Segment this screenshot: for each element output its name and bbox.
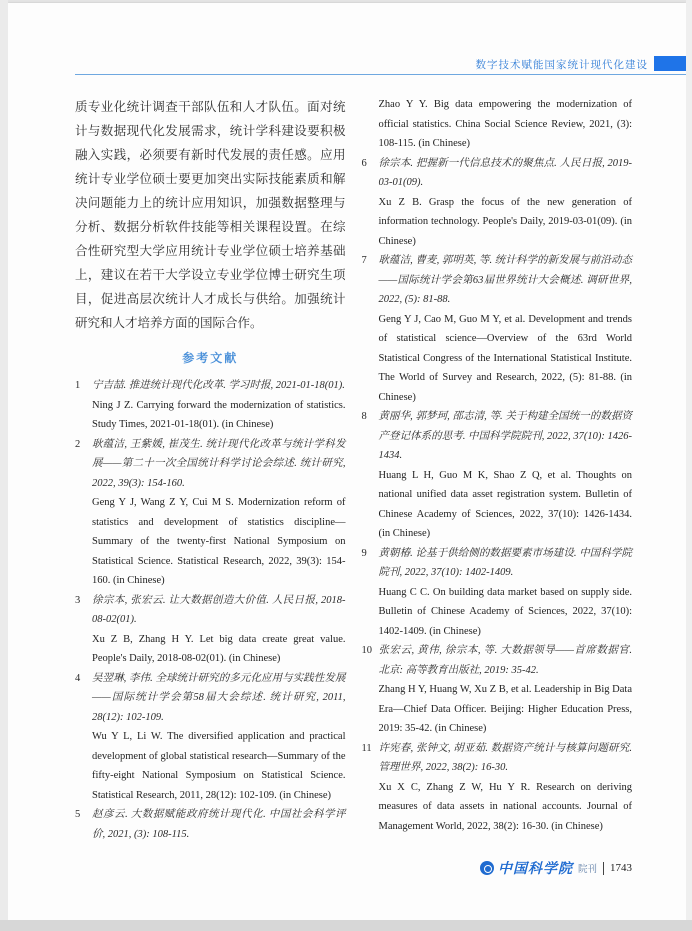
journal-suffix: 院刊 xyxy=(578,861,597,875)
header-rule xyxy=(75,74,686,75)
reference-text-zh: 徐宗本, 张宏云. 让大数据创造大价值. 人民日报, 2018-08-02(01… xyxy=(92,591,346,630)
reference-number: 2 xyxy=(75,435,92,591)
reference-number: 3 xyxy=(75,591,92,669)
reference-text-zh: 宁吉喆. 推进统计现代化改革. 学习时报, 2021-01-18(01). xyxy=(92,376,346,396)
reference-text-en: Huang C C. On building data market based… xyxy=(379,583,633,642)
references-heading: 参考文献 xyxy=(75,349,346,366)
scan-edge-bottom xyxy=(0,920,692,931)
reference-number: 9 xyxy=(362,544,379,642)
journal-name: 中国科学院 xyxy=(498,858,573,878)
reference-text-en: Xu Z B. Grasp the focus of the new gener… xyxy=(379,193,633,252)
reference-number: 7 xyxy=(362,251,379,407)
reference-item: 3 徐宗本, 张宏云. 让大数据创造大价值. 人民日报, 2018-08-02(… xyxy=(75,591,346,669)
reference-item: 9 黄朝椿. 论基于供给侧的数据要素市场建设. 中国科学院院刊, 2022, 3… xyxy=(362,544,633,642)
reference-text-en: Xu Z B, Zhang H Y. Let big data create g… xyxy=(92,630,346,669)
reference-text-zh: 黄丽华, 郭梦珂, 邵志清, 等. 关于构建全国统一的数据资产登记体系的思考. … xyxy=(379,407,633,466)
reference-item: 7 耿蕴洁, 曹麦, 郭明英, 等. 统计科学的新发展与前沿动态——国际统计学会… xyxy=(362,251,633,407)
reference-text-en: Ning J Z. Carrying forward the moderniza… xyxy=(92,396,346,435)
document-page: 数字技术赋能国家统计现代化建设 质专业化统计调查干部队伍和人才队伍。面对统计与数… xyxy=(8,3,686,920)
scan-edge-right xyxy=(686,0,692,931)
reference-number: 11 xyxy=(362,739,379,837)
reference-item: 10 张宏云, 黄伟, 徐宗本, 等. 大数据领导——首席数据官. 北京: 高等… xyxy=(362,641,633,739)
cas-emblem-icon xyxy=(480,861,494,875)
reference-number: 5 xyxy=(75,805,92,844)
page-number: 1743 xyxy=(610,862,632,874)
reference-item: 2 耿蕴洁, 王紫媛, 崔茂生. 统计现代化改革与统计学科发展——第二十一次全国… xyxy=(75,435,346,591)
reference-text-zh: 赵彦云. 大数据赋能政府统计现代化. 中国社会科学评价, 2021, (3): … xyxy=(92,805,346,844)
page-body: 质专业化统计调查干部队伍和人才队伍。面对统计与数据现代化发展需求，统计学科建设要… xyxy=(75,95,632,844)
reference-number: 4 xyxy=(75,669,92,806)
reference-text-zh: 张宏云, 黄伟, 徐宗本, 等. 大数据领导——首席数据官. 北京: 高等教育出… xyxy=(379,641,633,680)
reference-number: 8 xyxy=(362,407,379,544)
left-column: 质专业化统计调查干部队伍和人才队伍。面对统计与数据现代化发展需求，统计学科建设要… xyxy=(75,95,346,844)
reference-text-zh: 吴翌琳, 李伟. 全球统计研究的多元化应用与实践性发展——国际统计学会第58届大… xyxy=(92,669,346,728)
page-footer: 中国科学院 院刊 1743 xyxy=(480,858,632,878)
reference-text-zh: 黄朝椿. 论基于供给侧的数据要素市场建设. 中国科学院院刊, 2022, 37(… xyxy=(379,544,633,583)
reference-text-en: Wu Y L, Li W. The diversified applicatio… xyxy=(92,727,346,805)
reference-text-en: Zhang H Y, Huang W, Xu Z B, et al. Leade… xyxy=(379,680,633,739)
reference-item: 5 赵彦云. 大数据赋能政府统计现代化. 中国社会科学评价, 2021, (3)… xyxy=(75,805,346,844)
reference-text-zh: 许宪春, 张钟文, 胡亚茹. 数据资产统计与核算问题研究. 管理世界, 2022… xyxy=(379,739,633,778)
reference-item: 11 许宪春, 张钟文, 胡亚茹. 数据资产统计与核算问题研究. 管理世界, 2… xyxy=(362,739,633,837)
scan-edge-left xyxy=(0,0,8,931)
reference-continuation-en: Zhao Y Y. Big data empowering the modern… xyxy=(379,95,633,154)
reference-number: 6 xyxy=(362,154,379,252)
reference-text-en: Geng Y J, Cao M, Guo M Y, et al. Develop… xyxy=(379,310,633,408)
right-column: Zhao Y Y. Big data empowering the modern… xyxy=(362,95,633,844)
conclusion-paragraph: 质专业化统计调查干部队伍和人才队伍。面对统计与数据现代化发展需求，统计学科建设要… xyxy=(75,95,346,335)
footer-divider xyxy=(603,862,604,875)
reference-text-zh: 徐宗本. 把握新一代信息技术的聚焦点. 人民日报, 2019-03-01(09)… xyxy=(379,154,633,193)
reference-list-right: 6 徐宗本. 把握新一代信息技术的聚焦点. 人民日报, 2019-03-01(0… xyxy=(362,154,633,837)
reference-text-en: Xu X C, Zhang Z W, Hu Y R. Research on d… xyxy=(379,778,633,837)
reference-item: 4 吴翌琳, 李伟. 全球统计研究的多元化应用与实践性发展——国际统计学会第58… xyxy=(75,669,346,806)
reference-text-en: Geng Y J, Wang Z Y, Cui M S. Modernizati… xyxy=(92,493,346,591)
reference-number: 10 xyxy=(362,641,379,739)
reference-list-left: 1 宁吉喆. 推进统计现代化改革. 学习时报, 2021-01-18(01). … xyxy=(75,376,346,844)
reference-item: 6 徐宗本. 把握新一代信息技术的聚焦点. 人民日报, 2019-03-01(0… xyxy=(362,154,633,252)
reference-text-zh: 耿蕴洁, 曹麦, 郭明英, 等. 统计科学的新发展与前沿动态——国际统计学会第6… xyxy=(379,251,633,310)
reference-text-zh: 耿蕴洁, 王紫媛, 崔茂生. 统计现代化改革与统计学科发展——第二十一次全国统计… xyxy=(92,435,346,494)
running-header-title: 数字技术赋能国家统计现代化建设 xyxy=(476,57,649,72)
reference-text-en: Huang L H, Guo M K, Shao Z Q, et al. Tho… xyxy=(379,466,633,544)
reference-item: 1 宁吉喆. 推进统计现代化改革. 学习时报, 2021-01-18(01). … xyxy=(75,376,346,435)
reference-item: 8 黄丽华, 郭梦珂, 邵志清, 等. 关于构建全国统一的数据资产登记体系的思考… xyxy=(362,407,633,544)
reference-number: 1 xyxy=(75,376,92,435)
running-header: 数字技术赋能国家统计现代化建设 xyxy=(75,53,686,77)
header-corner-mark xyxy=(654,56,686,71)
